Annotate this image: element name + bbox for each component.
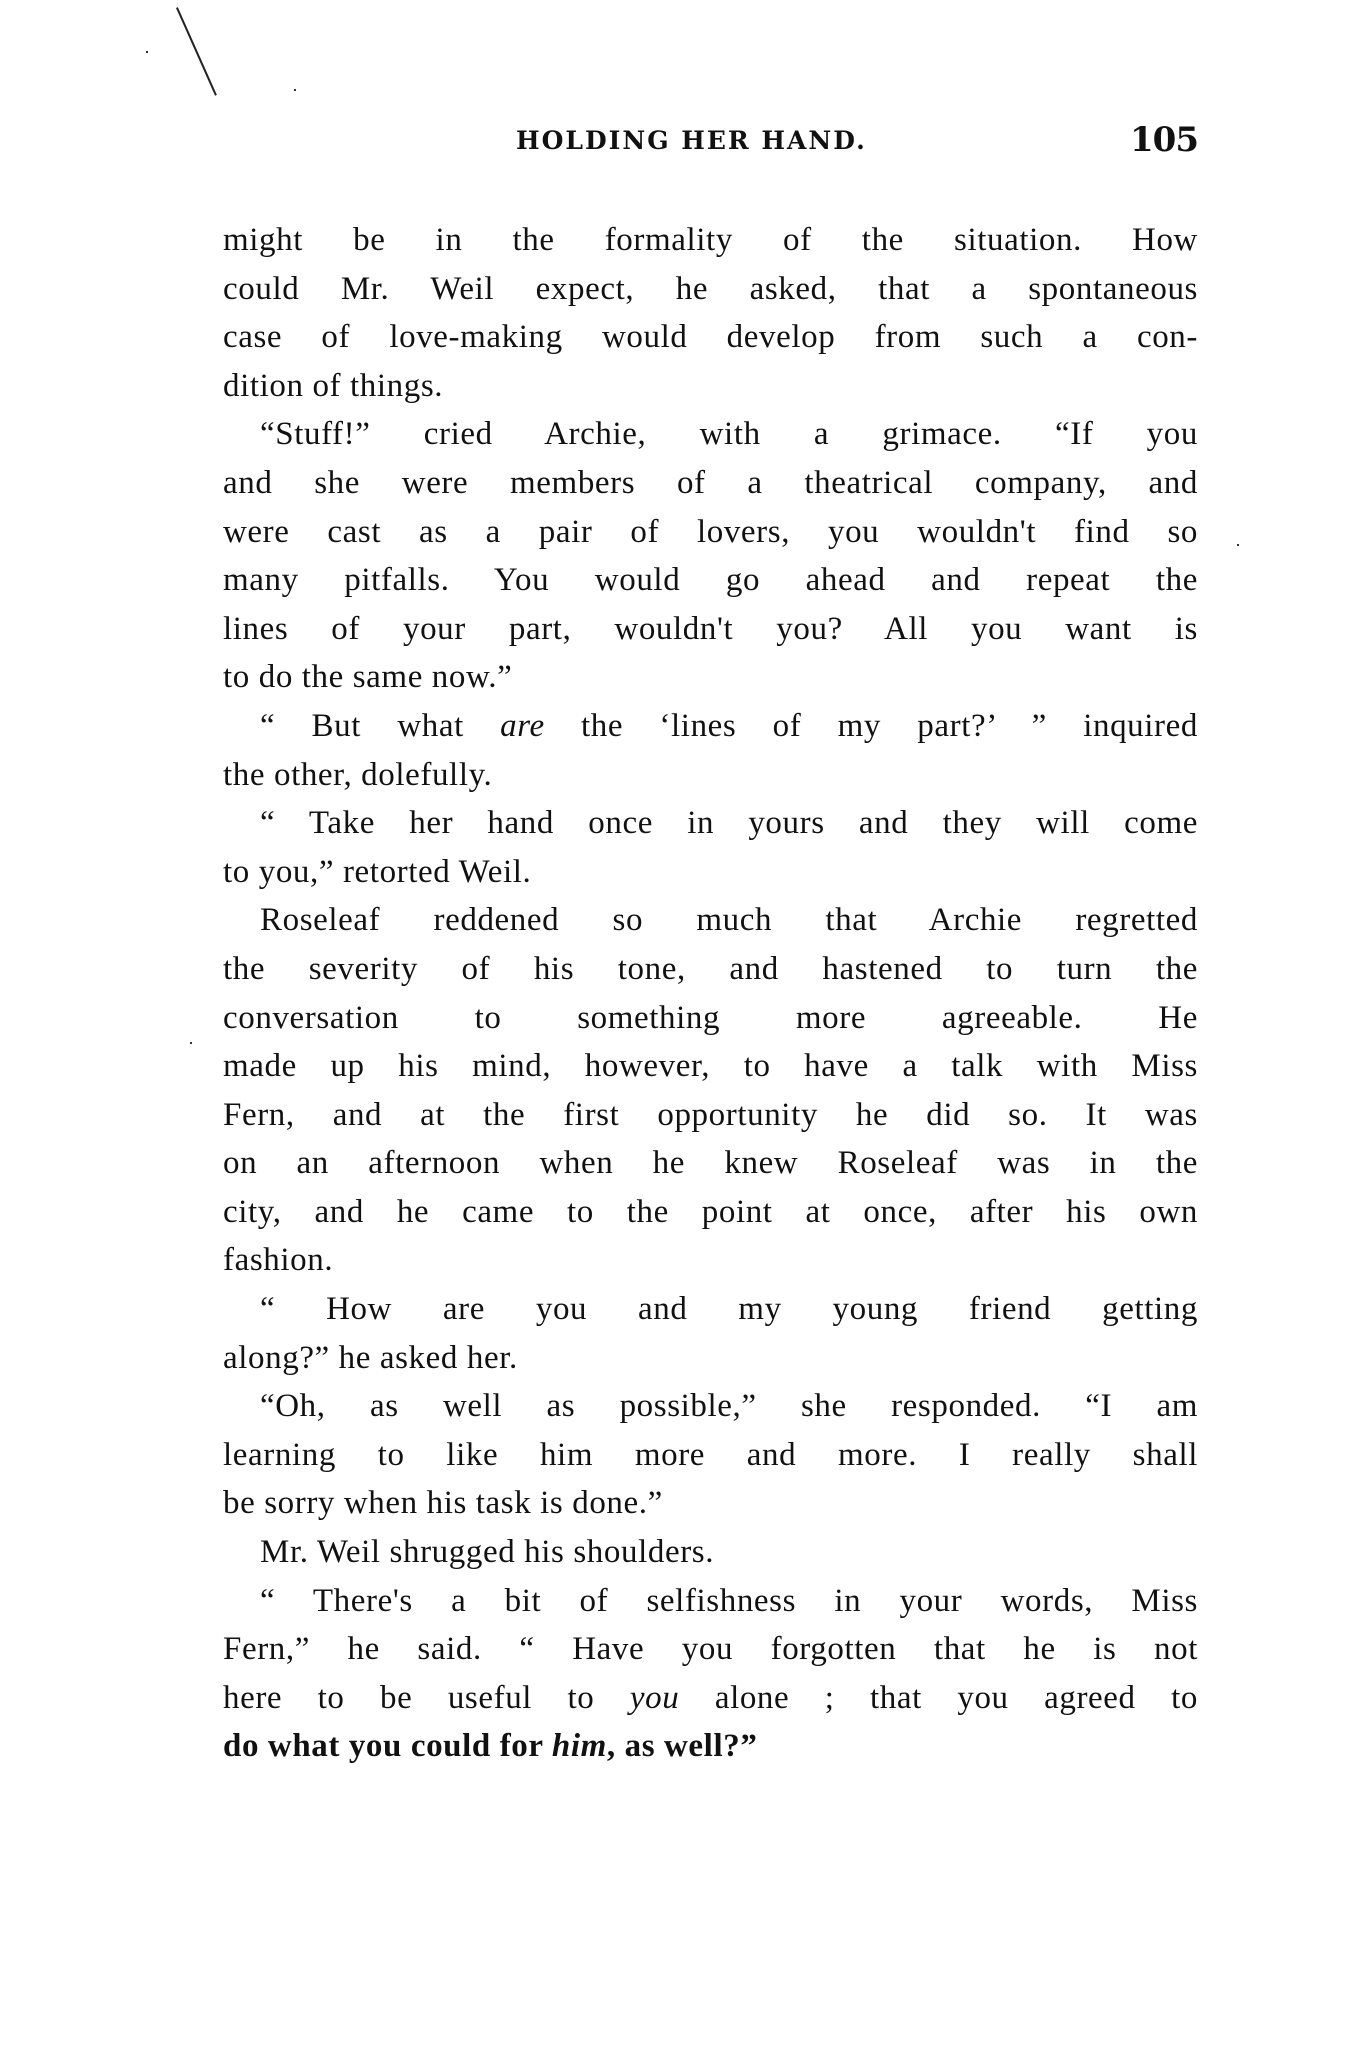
text-line: case of love-making would develop from s… [223,313,1198,362]
scan-speck [294,89,296,91]
text-line: fashion. [223,1236,1198,1285]
text-line: the other, dolefully. [223,751,1198,800]
emphasis: are [500,708,545,744]
page-number: 105 [1130,120,1198,160]
text-line: lines of your part, wouldn't you? All yo… [223,605,1198,654]
text-line: Roseleaf reddened so much that Archie re… [223,896,1198,945]
text-line: Fern,” he said. “ Have you forgotten tha… [223,1625,1198,1674]
text-line: “ But what are the ‘lines of my part?’ ”… [223,702,1198,751]
text-line: do what you could for him, as well?” [223,1722,1198,1771]
running-title: HOLDING HER HAND. [516,126,867,155]
body-text: might be in the formality of the situati… [223,216,1198,1771]
text-line: “Stuff!” cried Archie, with a grimace. “… [223,410,1198,459]
scan-speck [146,51,148,53]
scan-speck [190,1042,192,1044]
text-line: were cast as a pair of lovers, you would… [223,508,1198,557]
text-line: made up his mind, however, to have a tal… [223,1042,1198,1091]
text-line: to you,” retorted Weil. [223,848,1198,897]
text-line: Fern, and at the first opportunity he di… [223,1091,1198,1140]
text-line: along?” he asked her. [223,1334,1198,1383]
text-line: might be in the formality of the situati… [223,216,1198,265]
text-line: many pitfalls. You would go ahead and re… [223,556,1198,605]
text-line: learning to like him more and more. I re… [223,1431,1198,1480]
text-line: “ How are you and my young friend gettin… [223,1285,1198,1334]
text-line: conversation to something more agreeable… [223,994,1198,1043]
text-line: city, and he came to the point at once, … [223,1188,1198,1237]
scan-scratch-mark [176,7,217,96]
text-line: be sorry when his task is done.” [223,1479,1198,1528]
text-line: on an afternoon when he knew Roseleaf wa… [223,1139,1198,1188]
text-line: and she were members of a theatrical com… [223,459,1198,508]
text-line: to do the same now.” [223,653,1198,702]
text-line: Mr. Weil shrugged his shoulders. [223,1528,1198,1577]
scan-speck [1237,544,1239,546]
emphasis: you [630,1680,679,1716]
text-line: “Oh, as well as possible,” she responded… [223,1382,1198,1431]
text-line: dition of things. [223,362,1198,411]
text-line: “ There's a bit of selfishness in your w… [223,1577,1198,1626]
text-line: the severity of his tone, and hastened t… [223,945,1198,994]
running-head: HOLDING HER HAND. 105 [223,124,1198,164]
text-line: here to be useful to you alone ; that yo… [223,1674,1198,1723]
text-line: “ Take her hand once in yours and they w… [223,799,1198,848]
emphasis: him [552,1728,607,1764]
text-line: could Mr. Weil expect, he asked, that a … [223,265,1198,314]
